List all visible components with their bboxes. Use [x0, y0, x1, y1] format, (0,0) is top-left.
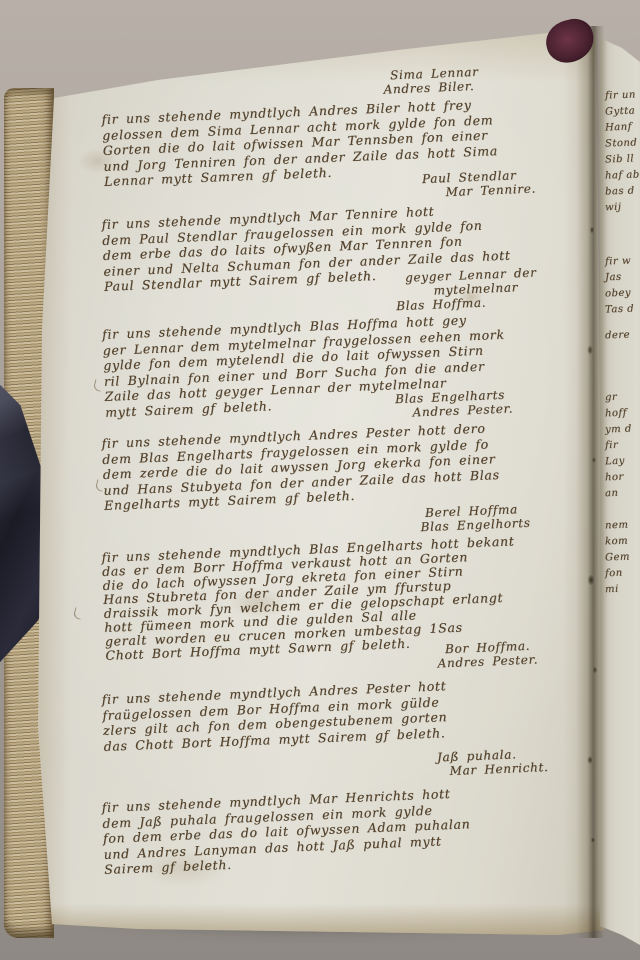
gutter-dirt-specks — [584, 200, 602, 900]
right-facing-page-sliver: fir un Gytta Hanf Stond Sib ll haf ab ba… — [600, 0, 640, 960]
manuscript-photo: 426 Sima Lennar Andres Biler. fir uns st… — [0, 0, 640, 960]
facing-text-fragment: fir — [605, 440, 619, 451]
facing-text-fragment: dere — [605, 330, 630, 342]
facing-text-fragment: an — [605, 488, 619, 499]
facing-text-fragment: fir un — [605, 89, 636, 101]
facing-text-fragment: obey — [605, 288, 631, 300]
facing-text-fragment: Sib ll — [605, 153, 634, 165]
facing-text-fragment: Gytta — [605, 105, 636, 117]
left-manuscript-page: 426 Sima Lennar Andres Biler. fir uns st… — [18, 28, 604, 940]
facing-text-fragment: wij — [605, 202, 622, 214]
facing-text-fragment: hoff — [605, 408, 627, 420]
facing-text-fragment: mi — [605, 584, 619, 595]
facing-text-fragment: bas d — [605, 185, 635, 197]
facing-text-fragment: Stond — [605, 137, 638, 149]
facing-text-fragment: nem — [605, 520, 629, 532]
facing-text-fragment: ym d — [605, 424, 632, 436]
facing-text-fragment: fon — [605, 568, 623, 580]
pencil-folio-number: 426 — [66, 43, 114, 75]
facing-text-fragment: haf ab — [605, 169, 640, 181]
facing-text-fragment: hor — [605, 472, 624, 484]
facing-text-fragment: Gem — [605, 552, 630, 564]
facing-text-fragment: Lay — [605, 456, 625, 468]
facing-text-fragment: Jas — [605, 272, 622, 284]
facing-text-fragment: Hanf — [605, 122, 632, 134]
facing-text-fragment: fir w — [605, 256, 631, 268]
facing-text-fragment: kom — [605, 536, 628, 548]
register-entry-6: Bor Hoffma. Andres Pester. fir uns stehe… — [100, 637, 584, 754]
facing-text-fragment: Tas d — [605, 303, 634, 315]
facing-text-fragment: gr — [605, 392, 618, 403]
register-entry-7: Jaß puhala. Mar Henricht. fir uns stehen… — [100, 745, 584, 878]
register-entry-4: Blas Engelharts Andres Pester. fir uns s… — [100, 385, 584, 514]
